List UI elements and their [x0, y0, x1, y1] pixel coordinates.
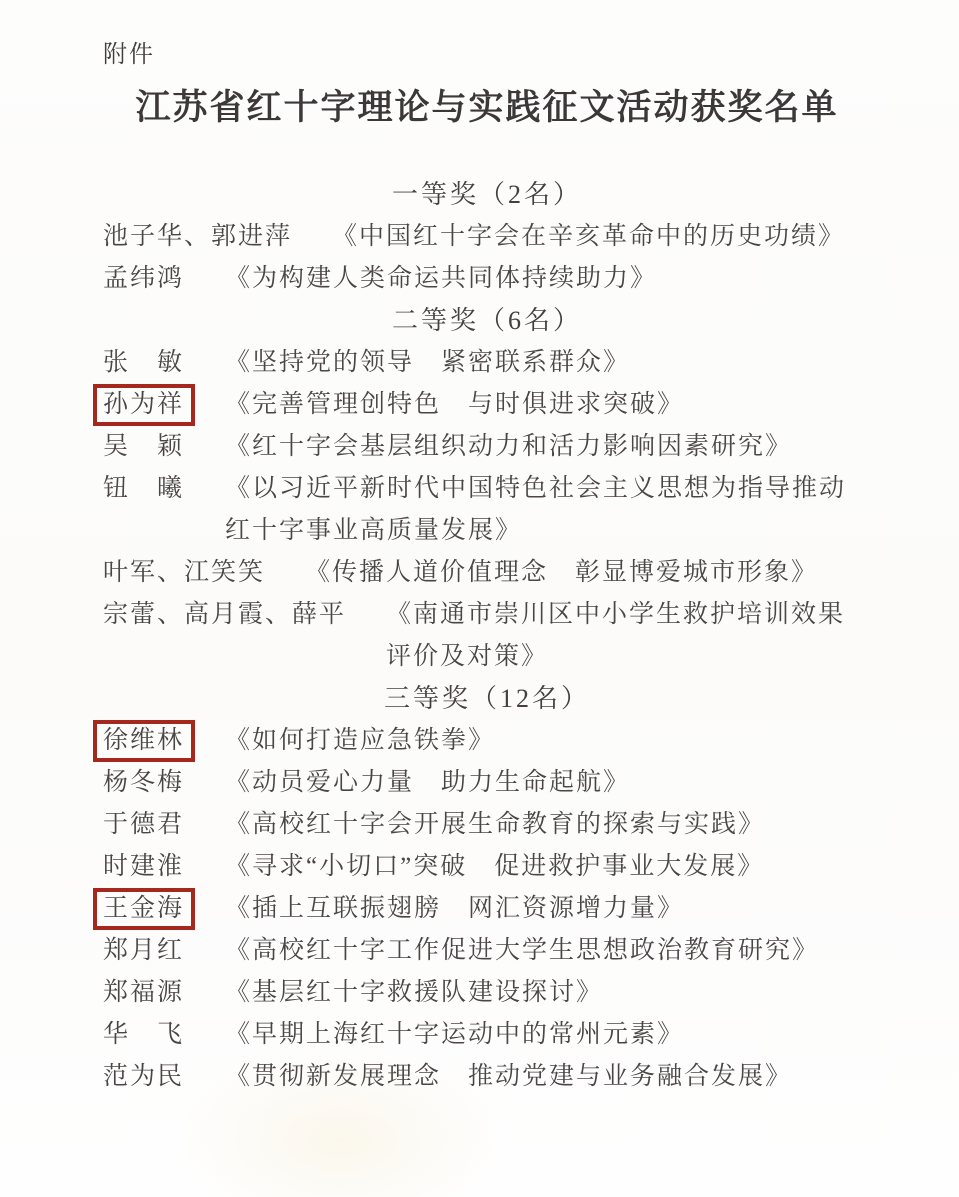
essay-title-line1: 《以习近平新时代中国特色社会主义思想为指导推动	[225, 472, 846, 506]
essay-title: 《中国红十字会在辛亥革命中的历史功绩》	[332, 220, 845, 254]
award-entry: 张 敏 《坚持党的领导 紧密联系群众》	[103, 346, 871, 380]
essay-title: 《贯彻新发展理念 推动党建与业务融合发展》	[225, 1060, 792, 1094]
award-entry: 郑福源 《基层红十字救援队建设探讨》	[103, 976, 871, 1010]
essay-title: 《高校红十字工作促进大学生思想政治教育研究》	[225, 934, 819, 968]
award-entry: 钮 曦 《以习近平新时代中国特色社会主义思想为指导推动 红十字事业高质量发展》	[103, 472, 871, 548]
award-entry: 华 飞 《早期上海红十字运动中的常州元素》	[103, 1018, 871, 1052]
award-entry: 郑月红 《高校红十字工作促进大学生思想政治教育研究》	[103, 934, 871, 968]
essay-title: 《坚持党的领导 紧密联系群众》	[225, 346, 630, 380]
award-entry: 杨冬梅 《动员爱心力量 助力生命起航》	[103, 766, 871, 800]
award-entry: 王金海 《插上互联振翅膀 网汇资源增力量》	[103, 892, 871, 926]
award-entry: 时建淮 《寻求“小切口”突破 促进救护事业大发展》	[103, 850, 871, 884]
essay-title: 《以习近平新时代中国特色社会主义思想为指导推动 红十字事业高质量发展》	[225, 472, 846, 548]
section-heading-first-prize: 一等奖（2名）	[103, 178, 871, 212]
award-entry: 宗蕾、高月霞、薛平 《南通市崇川区中小学生救护培训效果 评价及对策》	[103, 598, 871, 674]
winner-name: 郑福源	[103, 976, 185, 1010]
essay-title: 《完善管理创特色 与时俱进求突破》	[225, 388, 684, 422]
essay-title: 《基层红十字救援队建设探讨》	[225, 976, 603, 1010]
section-heading-second-prize: 二等奖（6名）	[103, 304, 871, 338]
winner-name: 叶军、江笑笑	[103, 556, 265, 590]
award-entry: 叶军、江笑笑 《传播人道价值理念 彰显博爱城市形象》	[103, 556, 871, 590]
award-entry: 吴 颖 《红十字会基层组织动力和活力影响因素研究》	[103, 430, 871, 464]
winner-name: 郑月红	[103, 934, 185, 968]
section-first-prize: 一等奖（2名） 池子华、郭进萍 《中国红十字会在辛亥革命中的历史功绩》 孟纬鸿 …	[103, 178, 871, 296]
essay-title: 《南通市崇川区中小学生救护培训效果 评价及对策》	[386, 598, 845, 674]
attachment-label: 附件	[103, 40, 871, 70]
essay-title-line2: 评价及对策》	[386, 640, 845, 674]
winner-name-highlighted: 徐维林	[93, 720, 195, 762]
document-title: 江苏省红十字理论与实践征文活动获奖名单	[103, 84, 871, 132]
document-page: 附件 江苏省红十字理论与实践征文活动获奖名单 一等奖（2名） 池子华、郭进萍 《…	[0, 0, 959, 1197]
winner-name: 华 飞	[103, 1018, 185, 1052]
award-entry: 孙为祥 《完善管理创特色 与时俱进求突破》	[103, 388, 871, 422]
essay-title: 《动员爱心力量 助力生命起航》	[225, 766, 630, 800]
winner-name: 池子华、郭进萍	[103, 220, 292, 254]
award-entry: 徐维林 《如何打造应急铁拳》	[103, 724, 871, 758]
winner-name: 时建淮	[103, 850, 185, 884]
essay-title: 《红十字会基层组织动力和活力影响因素研究》	[225, 430, 792, 464]
section-heading-third-prize: 三等奖（12名）	[103, 682, 871, 716]
essay-title: 《为构建人类命运共同体持续助力》	[225, 262, 657, 296]
winner-name: 杨冬梅	[103, 766, 185, 800]
essay-title: 《如何打造应急铁拳》	[225, 724, 495, 758]
essay-title: 《插上互联振翅膀 网汇资源增力量》	[225, 892, 684, 926]
essay-title: 《传播人道价值理念 彰显博爱城市形象》	[305, 556, 818, 590]
essay-title-line2: 红十字事业高质量发展》	[225, 514, 846, 548]
winner-name: 于德君	[103, 808, 185, 842]
essay-title-line1: 《南通市崇川区中小学生救护培训效果	[386, 598, 845, 632]
award-entry: 池子华、郭进萍 《中国红十字会在辛亥革命中的历史功绩》	[103, 220, 871, 254]
winner-name: 钮 曦	[103, 472, 185, 506]
winner-name: 宗蕾、高月霞、薛平	[103, 598, 346, 632]
essay-title: 《高校红十字会开展生命教育的探索与实践》	[225, 808, 765, 842]
winner-name-highlighted: 孙为祥	[93, 384, 195, 426]
section-third-prize: 三等奖（12名） 徐维林 《如何打造应急铁拳》 杨冬梅 《动员爱心力量 助力生命…	[103, 682, 871, 1094]
winner-name: 张 敏	[103, 346, 185, 380]
award-entry: 孟纬鸿 《为构建人类命运共同体持续助力》	[103, 262, 871, 296]
winner-name: 孟纬鸿	[103, 262, 185, 296]
winner-name: 吴 颖	[103, 430, 185, 464]
winner-name: 范为民	[103, 1060, 185, 1094]
section-second-prize: 二等奖（6名） 张 敏 《坚持党的领导 紧密联系群众》 孙为祥 《完善管理创特色…	[103, 304, 871, 674]
award-entry: 于德君 《高校红十字会开展生命教育的探索与实践》	[103, 808, 871, 842]
winner-name-highlighted: 王金海	[93, 888, 195, 930]
award-entry: 范为民 《贯彻新发展理念 推动党建与业务融合发展》	[103, 1060, 871, 1094]
essay-title: 《寻求“小切口”突破 促进救护事业大发展》	[225, 850, 764, 884]
essay-title: 《早期上海红十字运动中的常州元素》	[225, 1018, 684, 1052]
